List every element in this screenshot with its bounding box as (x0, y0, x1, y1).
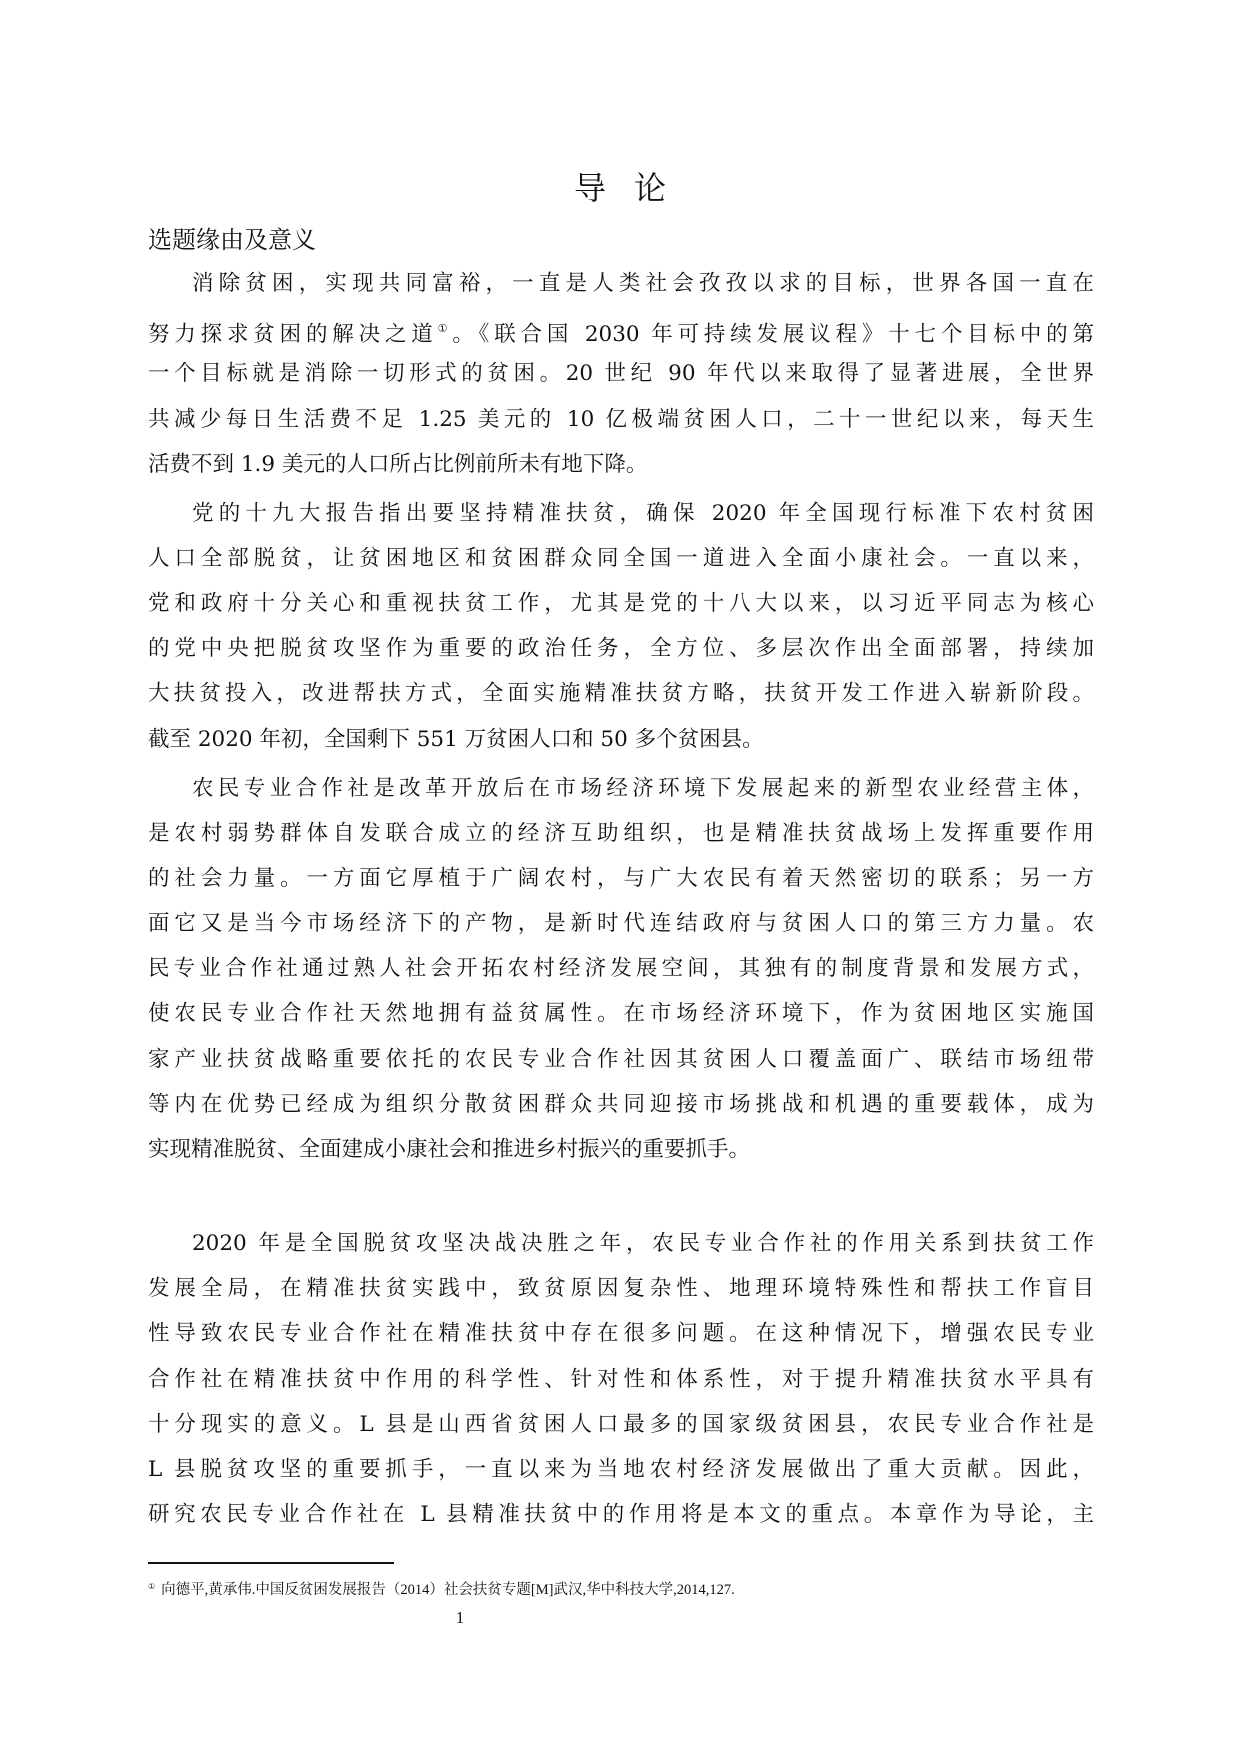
text-line: 大扶贫投入，改进帮扶方式，全面实施精准扶贫方略，扶贫开发工作进入崭新阶段。 (148, 679, 1094, 709)
text-line: 农民专业合作社是改革开放后在市场经济环境下发展起来的新型农业经营主体， (192, 774, 1094, 804)
text-line: 合作社在精准扶贫中作用的科学性、针对性和体系性，对于提升精准扶贫水平具有 (148, 1365, 1094, 1395)
text-line: L 县脱贫攻坚的重要抓手，一直以来为当地农村经济发展做出了重大贡献。因此， (148, 1455, 1094, 1485)
text-line: 家产业扶贫战略重要依托的农民专业合作社因其贫困人口覆盖面广、联结市场纽带 (148, 1045, 1094, 1075)
text-line: 发展全局，在精准扶贫实践中，致贫原因复杂性、地理环境特殊性和帮扶工作盲目 (148, 1274, 1094, 1304)
footnote: ①向德平,黄承伟.中国反贫困发展报告（2014）社会扶贫专题[M]武汉,华中科技… (148, 1578, 735, 1599)
text-line: 民专业合作社通过熟人社会开拓农村经济发展空间，其独有的制度背景和发展方式， (148, 954, 1094, 984)
text-line: 实现精准脱贫、全面建成小康社会和推进乡村振兴的重要抓手。 (148, 1135, 1094, 1165)
text-line: 等内在优势已经成为组织分散贫困群众共同迎接市场挑战和机遇的重要载体，成为 (148, 1090, 1094, 1120)
footnote-text: 向德平,黄承伟.中国反贫困发展报告（2014）社会扶贫专题[M]武汉,华中科技大… (161, 1582, 735, 1598)
text-line: 党和政府十分关心和重视扶贫工作，尤其是党的十八大以来，以习近平同志为核心 (148, 589, 1094, 619)
text-line: 活费不到 1.9 美元的人口所占比例前所未有地下降。 (148, 450, 1094, 480)
text-line: 努力探求贫困的解决之道①。《联合国 2030 年可持续发展议程》十七个目标中的第 (148, 314, 1094, 344)
text-segment: 努力探求贫困的解决之道 (148, 322, 438, 347)
text-line: 研究农民专业合作社在 L 县精准扶贫中的作用将是本文的重点。本章作为导论，主 (148, 1500, 1094, 1530)
section-heading: 选题缘由及意义 (148, 220, 316, 255)
text-line: 截至 2020 年初，全国剩下 551 万贫困人口和 50 多个贫困县。 (148, 725, 1094, 755)
text-line: 使农民专业合作社天然地拥有益贫属性。在市场经济环境下，作为贫困地区实施国 (148, 999, 1094, 1029)
text-segment: 。《联合国 2030 年可持续发展议程》十七个目标中的第 (452, 322, 1094, 347)
text-line: 一个目标就是消除一切形式的贫困。20 世纪 90 年代以来取得了显著进展，全世界 (148, 359, 1094, 389)
text-line: 人口全部脱贫，让贫困地区和贫困群众同全国一道进入全面小康社会。一直以来， (148, 544, 1094, 574)
text-line: 的社会力量。一方面它厚植于广阔农村，与广大农民有着天然密切的联系；另一方 (148, 864, 1094, 894)
chapter-title: 导论 (0, 163, 1240, 209)
text-line: 的党中央把脱贫攻坚作为重要的政治任务，全方位、多层次作出全面部署，持续加 (148, 634, 1094, 664)
text-line: 面它又是当今市场经济下的产物，是新时代连结政府与贫困人口的第三方力量。农 (148, 909, 1094, 939)
text-line: 共减少每日生活费不足 1.25 美元的 10 亿极端贫困人口，二十一世纪以来，每… (148, 405, 1094, 435)
text-line: 党的十九大报告指出要坚持精准扶贫，确保 2020 年全国现行标准下农村贫困 (192, 499, 1094, 529)
footnote-ref[interactable]: ① (438, 322, 453, 335)
text-line: 是农村弱势群体自发联合成立的经济互助组织，也是精准扶贫战场上发挥重要作用 (148, 819, 1094, 849)
footnote-marker: ① (148, 1582, 155, 1591)
page-number: 1 (0, 1608, 920, 1628)
text-line: 消除贫困，实现共同富裕，一直是人类社会孜孜以求的目标，世界各国一直在 (192, 269, 1094, 299)
text-line: 十分现实的意义。L 县是山西省贫困人口最多的国家级贫困县，农民专业合作社是 (148, 1410, 1094, 1440)
text-line: 2020 年是全国脱贫攻坚决战决胜之年，农民专业合作社的作用关系到扶贫工作 (192, 1229, 1094, 1259)
footnote-divider (148, 1562, 394, 1564)
text-line: 性导致农民专业合作社在精准扶贫中存在很多问题。在这种情况下，增强农民专业 (148, 1319, 1094, 1349)
